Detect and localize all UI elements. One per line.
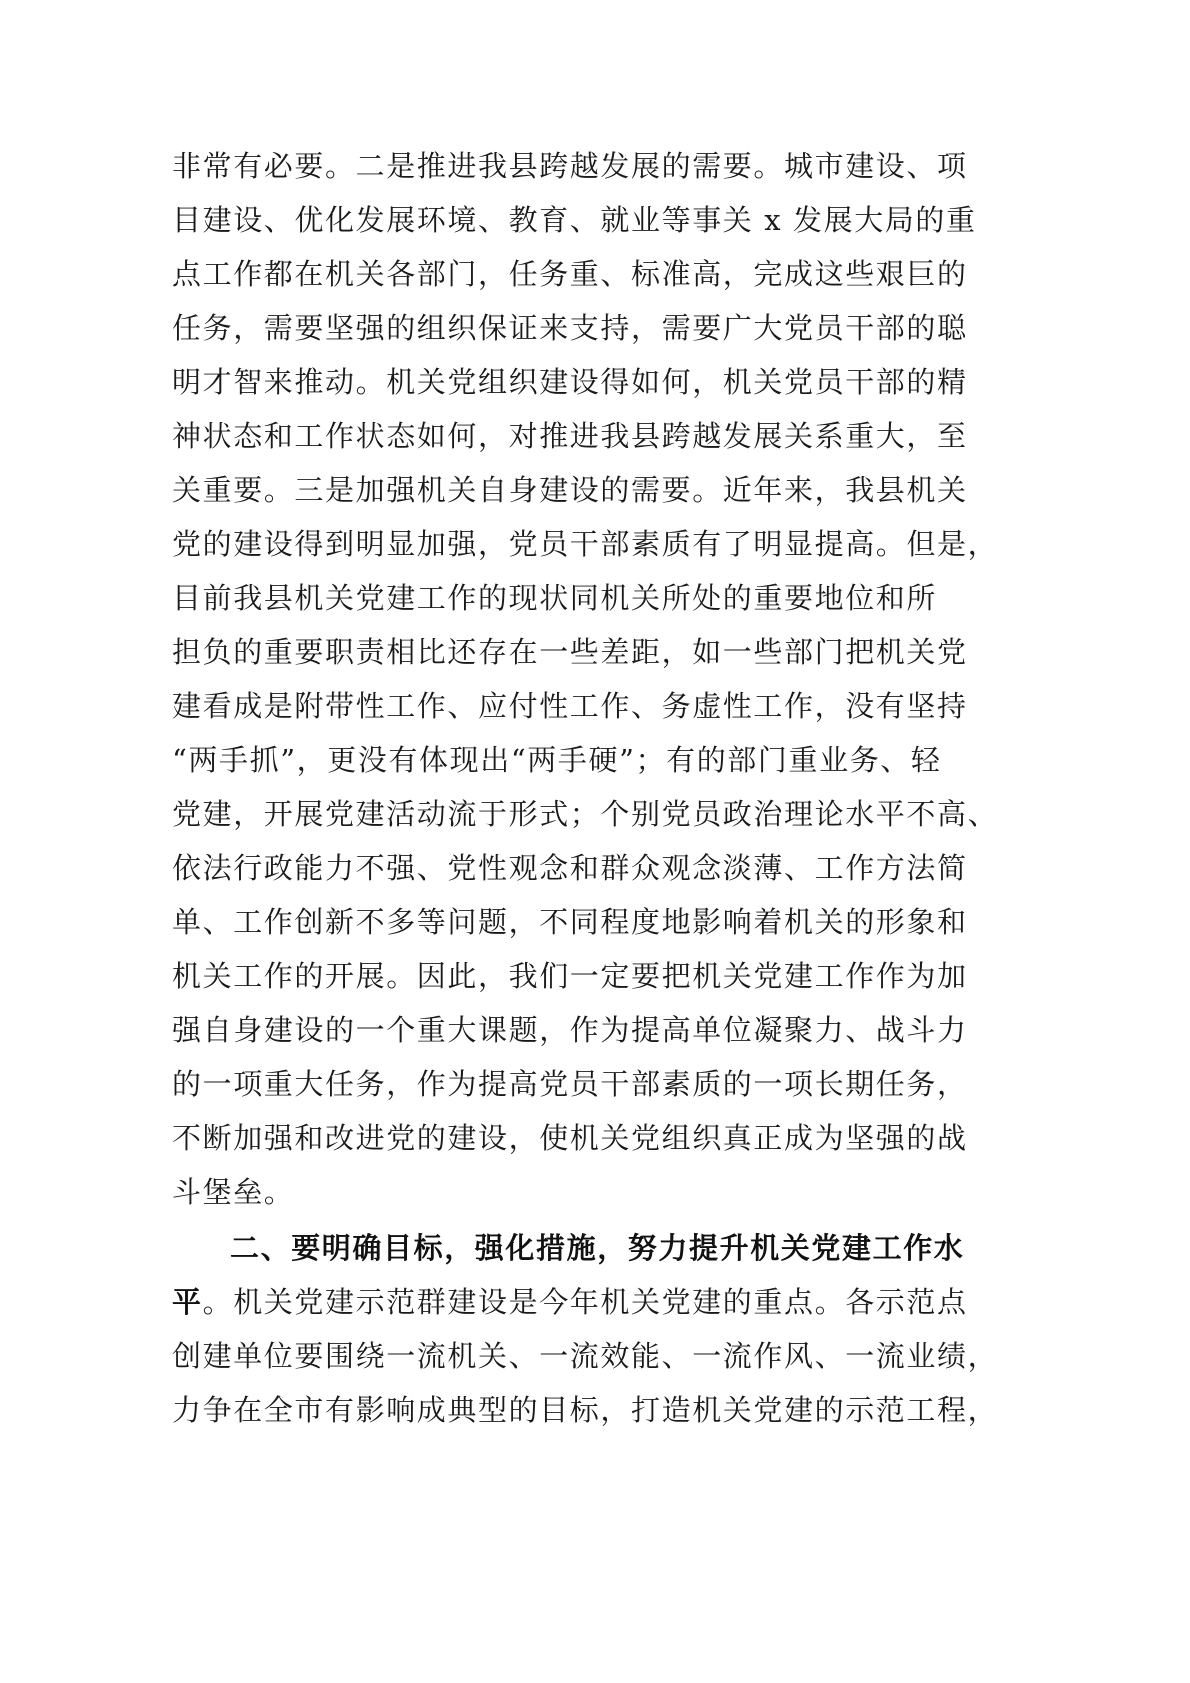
body-line: 强自身建设的一个重大课题，作为提高单位凝聚力、战斗力 — [172, 1010, 972, 1050]
body-line: 斗堡垒。 — [172, 1172, 972, 1212]
body-line: 目建设、优化发展环境、教育、就业等事关 x 发展大局的重 — [172, 200, 972, 240]
body-line: 明才智来推动。机关党组织建设得如何，机关党员干部的精 — [172, 362, 972, 402]
body-line: 的一项重大任务，作为提高党员干部素质的一项长期任务， — [172, 1064, 972, 1104]
body-line: 不断加强和改进党的建设，使机关党组织真正成为坚强的战 — [172, 1118, 972, 1158]
body-line: 力争在全市有影响成典型的目标，打造机关党建的示范工程， — [172, 1390, 972, 1430]
heading-continuation-line: 平。机关党建示范群建设是今年机关党建的重点。各示范点 — [172, 1282, 972, 1322]
paragraph-start: 。机关党建示范群建设是今年机关党建的重点。各示范点 — [203, 1285, 968, 1319]
section-heading: 二、要明确目标，强化措施，努力提升机关党建工作水 — [230, 1228, 1030, 1268]
body-line: 点工作都在机关各部门，任务重、标准高，完成这些艰巨的 — [172, 254, 972, 294]
body-line: 依法行政能力不强、党性观念和群众观念淡薄、工作方法简 — [172, 848, 972, 888]
body-line: 党的建设得到明显加强，党员干部素质有了明显提高。但是， — [172, 524, 972, 564]
body-line: 党建，开展党建活动流于形式；个别党员政治理论水平不高、 — [172, 794, 972, 834]
body-line: 非常有必要。二是推进我县跨越发展的需要。城市建设、项 — [172, 146, 972, 186]
body-line: 任务，需要坚强的组织保证来支持，需要广大党员干部的聪 — [172, 308, 972, 348]
body-line: 关重要。三是加强机关自身建设的需要。近年来，我县机关 — [172, 470, 972, 510]
body-line: 建看成是附带性工作、应付性工作、务虚性工作，没有坚持 — [172, 686, 972, 726]
body-line: 神状态和工作状态如何，对推进我县跨越发展关系重大，至 — [172, 416, 972, 456]
body-line: 单、工作创新不多等问题，不同程度地影响着机关的形象和 — [172, 902, 972, 942]
body-line: 机关工作的开展。因此，我们一定要把机关党建工作作为加 — [172, 956, 972, 996]
document-page: 非常有必要。二是推进我县跨越发展的需要。城市建设、项 目建设、优化发展环境、教育… — [0, 0, 1190, 1683]
body-line: 担负的重要职责相比还存在一些差距，如一些部门把机关党 — [172, 632, 972, 672]
body-line: 创建单位要围绕一流机关、一流效能、一流作风、一流业绩， — [172, 1336, 972, 1376]
body-line: 目前我县机关党建工作的现状同机关所处的重要地位和所 — [172, 578, 972, 618]
heading-tail: 平 — [172, 1285, 203, 1319]
body-line: “两手抓”，更没有体现出“两手硬”；有的部门重业务、轻 — [172, 740, 972, 780]
